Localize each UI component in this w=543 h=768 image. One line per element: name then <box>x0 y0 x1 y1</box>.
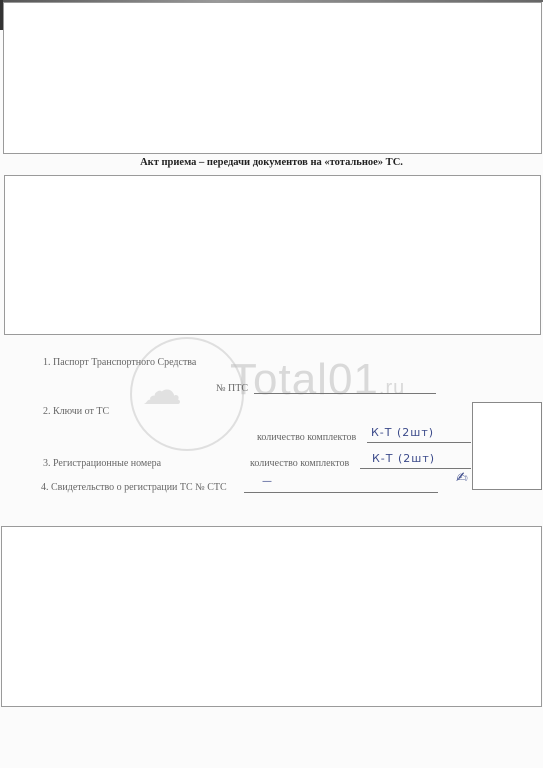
keys-count-field[interactable] <box>367 442 471 443</box>
redacted-block-bottom <box>1 526 542 707</box>
pts-number-field[interactable] <box>254 393 436 394</box>
watermark-text: Total01.ru <box>230 355 405 405</box>
item-4-label: 4. Свидетельство о регистрации ТС № СТС <box>41 482 227 493</box>
item-1-field-label: № ПТС <box>216 383 248 394</box>
item-3-label: 3. Регистрационные номера <box>43 458 161 469</box>
redacted-block-middle <box>4 175 541 335</box>
sts-number-field[interactable] <box>244 492 438 493</box>
item-2-label: 2. Ключи от ТС <box>43 406 109 417</box>
document-title: Акт приема – передачи документов на «тот… <box>0 157 543 168</box>
sts-number-value: — <box>262 476 273 487</box>
item-2-field-label: количество комплектов <box>257 432 356 443</box>
redacted-block-top <box>3 2 542 154</box>
keys-count-value: К-Т (2шт) <box>371 426 434 439</box>
item-3-field-label: количество комплектов <box>250 458 349 469</box>
item-1-label: 1. Паспорт Транспортного Средства <box>43 357 196 368</box>
plates-count-field[interactable] <box>360 468 471 469</box>
redacted-block-side <box>472 402 542 490</box>
watermark-cloud-icon: ☁ <box>142 368 182 414</box>
signature-mark: ✍ <box>456 470 469 486</box>
plates-count-value: К-Т (2шт) <box>372 452 435 465</box>
